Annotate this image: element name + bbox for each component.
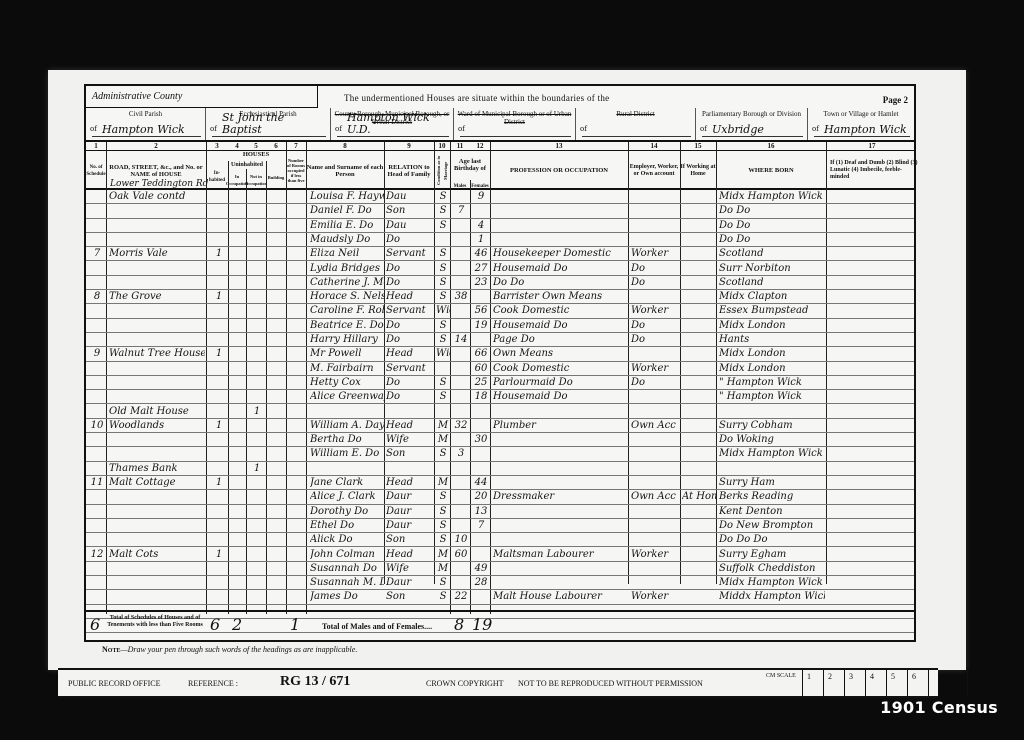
cell-name: Susannah Do [310, 562, 384, 576]
cell-m [452, 490, 470, 504]
cell-inh [212, 576, 226, 590]
cell-born: Surr Norbiton [719, 262, 825, 276]
cell-sched [88, 562, 106, 576]
cell-inh [212, 276, 226, 290]
cell-cond: S [436, 290, 450, 304]
cell-name [310, 462, 384, 476]
cell-emp: Do [631, 276, 679, 290]
ward: Ward of Municipal Borough or of Urban Di… [454, 108, 576, 140]
ecclesiastical-parish: Ecclesiastical Parish St John the Baptis… [206, 108, 331, 140]
cell-sched [88, 219, 106, 233]
cm-scale-label: CM SCALE [766, 673, 796, 680]
cell-inh [212, 447, 226, 461]
cell-rel: Servant [386, 247, 432, 261]
cell-cond: S [436, 390, 450, 404]
cell-rel: Do [386, 319, 432, 333]
place-fields: Civil Parish Hampton Wick Ecclesiastical… [86, 108, 914, 142]
cell-rel [386, 462, 432, 476]
cell-home [682, 376, 716, 390]
cell-f: 13 [472, 505, 490, 519]
cell-m: 10 [452, 533, 470, 547]
table-row: Susannah M. DoDaurS28Midx Hampton Wick [86, 576, 914, 590]
cell-sched: 10 [88, 419, 106, 433]
record-office: PUBLIC RECORD OFFICE [68, 679, 160, 688]
cell-home [682, 533, 716, 547]
cell-m [452, 576, 470, 590]
cell-born: Do Do Do [719, 533, 825, 547]
cell-cond: S [436, 276, 450, 290]
table-row: Caroline F. RobinsonServantWid56Cook Dom… [86, 304, 914, 318]
cell-name: Lydia Bridges [310, 262, 384, 276]
table-row: Catherine J. McKenzieDoS23Do DoDoScotlan… [86, 276, 914, 290]
table-row: James DoSonS22Malt House LabourerWorkerM… [86, 590, 914, 604]
cell-f [472, 447, 490, 461]
table-row: Dorothy DoDaurS13Kent Denton [86, 505, 914, 519]
cell-name: Maudsly Do [310, 233, 384, 247]
cell-m [452, 562, 470, 576]
cell-road [109, 319, 205, 333]
cell-sched [88, 433, 106, 447]
cell-inh: 1 [212, 476, 226, 490]
cell-road: Thames Bank [109, 462, 205, 476]
cell-sched: 8 [88, 290, 106, 304]
cell-road [109, 433, 205, 447]
road-heading-note: Lower Teddington Rd [110, 178, 208, 190]
cell-f [472, 590, 490, 604]
cell-rel: Do [386, 376, 432, 390]
table-row: Emilia E. DoDauS4Do Do [86, 219, 914, 233]
cell-inh [212, 562, 226, 576]
cell-road [109, 533, 205, 547]
cell-rel: Dau [386, 190, 432, 204]
table-row: Alice J. ClarkDaurS20DressmakerOwn AccAt… [86, 490, 914, 504]
cell-road: The Grove [109, 290, 205, 304]
cell-m: 3 [452, 447, 470, 461]
cell-name: Bertha Do [310, 433, 384, 447]
total-schedules: 6 [90, 615, 100, 634]
cell-occ [493, 476, 627, 490]
table-row: 7Morris Vale1Eliza NeilServantS46Houseke… [86, 247, 914, 261]
cell-name: William A. Day [310, 419, 384, 433]
cell-road [109, 204, 205, 218]
cell-m [452, 433, 470, 447]
cell-emp [631, 290, 679, 304]
cell-occ: Barrister Own Means [493, 290, 627, 304]
cell-uninh [250, 290, 264, 304]
cell-cond: S [436, 519, 450, 533]
cell-uninh [250, 447, 264, 461]
cell-cond: M [436, 476, 450, 490]
cell-f: 19 [472, 319, 490, 333]
cell-occ: Cook Domestic [493, 362, 627, 376]
cell-cond: S [436, 219, 450, 233]
cell-name: Alice Greenway [310, 390, 384, 404]
cell-occ [493, 405, 627, 419]
cell-f: 20 [472, 490, 490, 504]
cell-home [682, 476, 716, 490]
cell-occ: Do Do [493, 276, 627, 290]
cell-sched [88, 576, 106, 590]
town-village-hamlet: Town or Village or Hamlet Hampton Wick [808, 108, 914, 140]
cell-born: Do New Brompton [719, 519, 825, 533]
cell-rel: Servant [386, 362, 432, 376]
cell-road [109, 562, 205, 576]
cell-rel: Servant [386, 304, 432, 318]
cell-emp [631, 405, 679, 419]
cell-home [682, 562, 716, 576]
cell-occ: Plumber [493, 419, 627, 433]
cell-born: Midx London [719, 319, 825, 333]
cell-f: 66 [472, 347, 490, 361]
cell-born [719, 405, 825, 419]
cell-road [109, 519, 205, 533]
cell-cond [436, 233, 450, 247]
cell-home [682, 590, 716, 604]
cell-uninh [250, 347, 264, 361]
cell-occ: Page Do [493, 333, 627, 347]
cell-born: Do Do [719, 219, 825, 233]
cell-f: 44 [472, 476, 490, 490]
cell-born: Scotland [719, 247, 825, 261]
cell-rel: Do [386, 333, 432, 347]
cell-name: Susannah M. Do [310, 576, 384, 590]
cell-born: Midx Hampton Wick [719, 447, 825, 461]
cell-road [109, 490, 205, 504]
cell-inh [212, 190, 226, 204]
cell-occ: Housemaid Do [493, 262, 627, 276]
cell-born: Surry Cobham [719, 419, 825, 433]
cell-road [109, 333, 205, 347]
cell-road: Walnut Tree House [109, 347, 205, 361]
cell-m: 60 [452, 548, 470, 562]
cell-uninh [250, 419, 264, 433]
cell-home [682, 262, 716, 276]
cell-f: 4 [472, 219, 490, 233]
page-number: Page 2 [883, 95, 908, 105]
image-caption: 1901 Census [880, 698, 998, 717]
cell-name: Emilia E. Do [310, 219, 384, 233]
rural-district: Rural District [576, 108, 696, 140]
cell-born: Scotland [719, 276, 825, 290]
cell-name: Louisa F. Haywood [310, 190, 384, 204]
cell-born: Suffolk Cheddiston [719, 562, 825, 576]
cell-uninh [250, 190, 264, 204]
cell-rel: Dau [386, 219, 432, 233]
cell-emp: Worker [631, 304, 679, 318]
cell-inh [212, 405, 226, 419]
cell-uninh [250, 333, 264, 347]
cell-emp: Do [631, 262, 679, 276]
cell-rel: Head [386, 476, 432, 490]
cell-m [452, 247, 470, 261]
cell-home [682, 505, 716, 519]
cell-home [682, 247, 716, 261]
cell-road: Malt Cottage [109, 476, 205, 490]
cell-m: 38 [452, 290, 470, 304]
cell-sched [88, 276, 106, 290]
cell-road [109, 390, 205, 404]
cell-m [452, 347, 470, 361]
cell-sched [88, 333, 106, 347]
table-row: Beatrice E. DoDoS19Housemaid DoDoMidx Lo… [86, 319, 914, 333]
urban-district: County Borough, Municipal Borough, or Ur… [331, 108, 454, 140]
cell-home [682, 362, 716, 376]
cell-occ: Housemaid Do [493, 319, 627, 333]
cell-sched: 7 [88, 247, 106, 261]
table-row: 9Walnut Tree House1Mr PowellHeadWid66Own… [86, 347, 914, 361]
cell-sched [88, 376, 106, 390]
table-row: Daniel F. DoSonS7Do Do [86, 204, 914, 218]
table-row: Susannah DoWifeM49Suffolk Cheddiston [86, 562, 914, 576]
cell-occ [493, 219, 627, 233]
cell-inh [212, 204, 226, 218]
cell-f: 49 [472, 562, 490, 576]
cell-rel: Daur [386, 519, 432, 533]
cell-road: Woodlands [109, 419, 205, 433]
cell-occ [493, 519, 627, 533]
table-row: Alick DoSonS10Do Do Do [86, 533, 914, 547]
form-header: Administrative County The undermentioned… [86, 86, 914, 108]
cell-born [719, 462, 825, 476]
cell-born: Surry Ham [719, 476, 825, 490]
total-males-females-label: Total of Males and of Females.... [322, 622, 432, 631]
cell-name: Mr Powell [310, 347, 384, 361]
cell-home [682, 519, 716, 533]
cell-cond [436, 462, 450, 476]
cell-emp [631, 533, 679, 547]
cell-born: Midx Hampton Wick [719, 190, 825, 204]
reference-code: RG 13 / 671 [280, 674, 350, 690]
cell-uninh [250, 519, 264, 533]
cell-occ [493, 505, 627, 519]
cell-inh [212, 333, 226, 347]
table-row: Hetty CoxDoS25Parlourmaid DoDo" Hampton … [86, 376, 914, 390]
cell-f [472, 533, 490, 547]
cell-occ [493, 462, 627, 476]
cell-name: John Colman [310, 548, 384, 562]
cell-born: Hants [719, 333, 825, 347]
cell-home [682, 290, 716, 304]
cell-f: 7 [472, 519, 490, 533]
cell-emp [631, 390, 679, 404]
census-form: Administrative County The undermentioned… [84, 84, 916, 642]
cell-sched [88, 519, 106, 533]
cell-cond: S [436, 319, 450, 333]
cell-uninh [250, 362, 264, 376]
cell-f [472, 419, 490, 433]
cell-home [682, 304, 716, 318]
cell-emp [631, 447, 679, 461]
cell-cond: S [436, 590, 450, 604]
cell-emp: Own Acc [631, 490, 679, 504]
cell-emp [631, 562, 679, 576]
cell-uninh [250, 548, 264, 562]
cell-cond: S [436, 190, 450, 204]
cell-name: Hetty Cox [310, 376, 384, 390]
total-males: 8 [454, 615, 464, 634]
total-rooms: 1 [290, 615, 300, 634]
cell-rel: Daur [386, 505, 432, 519]
table-row: M. FairbairnServant60Cook DomesticWorker… [86, 362, 914, 376]
cell-home: At Home [682, 490, 716, 504]
table-row: Lydia BridgesDoS27Housemaid DoDoSurr Nor… [86, 262, 914, 276]
table-row: Bertha DoWifeM30Do Woking [86, 433, 914, 447]
cell-sched: 9 [88, 347, 106, 361]
cell-born: Surry Egham [719, 548, 825, 562]
cell-name: Ethel Do [310, 519, 384, 533]
cell-sched: 11 [88, 476, 106, 490]
cell-uninh [250, 219, 264, 233]
cell-home [682, 190, 716, 204]
cell-sched [88, 190, 106, 204]
cell-name: M. Fairbairn [310, 362, 384, 376]
table-row: 8The Grove1Horace S. NelsonHeadS38Barris… [86, 290, 914, 304]
cell-emp [631, 190, 679, 204]
total-females: 19 [472, 615, 492, 634]
cell-f: 60 [472, 362, 490, 376]
cell-f [472, 333, 490, 347]
cell-uninh [250, 505, 264, 519]
cell-home [682, 419, 716, 433]
cell-inh [212, 390, 226, 404]
cell-f: 23 [472, 276, 490, 290]
cell-uninh [250, 562, 264, 576]
cell-m [452, 476, 470, 490]
column-headers: 1 2 3 4 5 6 7 8 9 10 11 12 13 14 15 16 1… [86, 142, 914, 190]
cell-m [452, 462, 470, 476]
cell-cond: S [436, 376, 450, 390]
cell-emp [631, 462, 679, 476]
cell-home [682, 347, 716, 361]
cell-rel: Wife [386, 433, 432, 447]
cell-sched [88, 447, 106, 461]
cell-home [682, 405, 716, 419]
cell-emp: Do [631, 319, 679, 333]
cell-rel: Do [386, 390, 432, 404]
undermentioned-note: The undermentioned Houses are situate wi… [344, 93, 609, 103]
cell-road [109, 262, 205, 276]
table-row: Oak Vale contdLouisa F. HaywoodDauS9Midx… [86, 190, 914, 204]
cell-m [452, 233, 470, 247]
cell-occ [493, 233, 627, 247]
cell-born: Do Woking [719, 433, 825, 447]
cell-home [682, 548, 716, 562]
cell-rel: Do [386, 276, 432, 290]
cell-road: Malt Cots [109, 548, 205, 562]
cell-uninh: 1 [250, 405, 264, 419]
cell-emp: Worker [631, 247, 679, 261]
cell-cond: S [436, 447, 450, 461]
cell-emp: Worker [631, 590, 679, 604]
cell-name: Harry Hillary [310, 333, 384, 347]
cell-home [682, 276, 716, 290]
cell-rel: Do [386, 233, 432, 247]
cell-uninh [250, 476, 264, 490]
cell-born: Berks Reading [719, 490, 825, 504]
cell-uninh [250, 433, 264, 447]
cell-m [452, 519, 470, 533]
cell-road: Old Malt House [109, 405, 205, 419]
cell-cond: S [436, 505, 450, 519]
cell-uninh [250, 376, 264, 390]
cell-inh [212, 505, 226, 519]
cell-inh [212, 319, 226, 333]
cell-f: 9 [472, 190, 490, 204]
cell-inh [212, 376, 226, 390]
table-row: Alice GreenwayDoS18Housemaid Do" Hampton… [86, 390, 914, 404]
cell-home [682, 204, 716, 218]
cell-occ [493, 447, 627, 461]
cell-occ: Housemaid Do [493, 390, 627, 404]
cell-occ: Own Means [493, 347, 627, 361]
cell-inh [212, 219, 226, 233]
cell-sched [88, 262, 106, 276]
cell-emp [631, 576, 679, 590]
cell-home [682, 233, 716, 247]
cell-uninh [250, 576, 264, 590]
cell-born: " Hampton Wick [719, 376, 825, 390]
cell-emp [631, 204, 679, 218]
cell-uninh [250, 319, 264, 333]
cell-cond: Wid [436, 347, 450, 361]
cell-m: 7 [452, 204, 470, 218]
cell-uninh [250, 233, 264, 247]
table-row: 10Woodlands1William A. DayHeadM32Plumber… [86, 419, 914, 433]
cell-emp [631, 219, 679, 233]
cell-m [452, 190, 470, 204]
cell-cond: S [436, 576, 450, 590]
cell-name: Beatrice E. Do [310, 319, 384, 333]
cell-m [452, 362, 470, 376]
cell-sched [88, 304, 106, 318]
column-numbers: 1 2 3 4 5 6 7 8 9 10 11 12 13 14 15 16 1… [86, 142, 914, 151]
cell-emp [631, 433, 679, 447]
cell-m [452, 505, 470, 519]
cell-inh [212, 304, 226, 318]
cell-uninh [250, 262, 264, 276]
cell-road [109, 376, 205, 390]
cell-m [452, 276, 470, 290]
cell-name [310, 405, 384, 419]
cell-f [472, 204, 490, 218]
cell-emp [631, 347, 679, 361]
table-row: Harry HillaryDoS14Page DoDoHants [86, 333, 914, 347]
form-note: Note—Draw your pen through such words of… [102, 645, 357, 654]
cell-occ [493, 204, 627, 218]
cell-cond: M [436, 433, 450, 447]
cell-road [109, 219, 205, 233]
table-row: 12Malt Cots1John ColmanHeadM60Maltsman L… [86, 548, 914, 562]
cell-cond: S [436, 333, 450, 347]
cell-name: Jane Clark [310, 476, 384, 490]
table-row: Maudsly DoDo1Do Do [86, 233, 914, 247]
cell-emp: Own Acc [631, 419, 679, 433]
cell-inh [212, 490, 226, 504]
cell-home [682, 447, 716, 461]
cell-cond: M [436, 562, 450, 576]
reference-strip: PUBLIC RECORD OFFICE REFERENCE : RG 13 /… [58, 668, 938, 698]
cell-cond: M [436, 548, 450, 562]
cell-road [109, 276, 205, 290]
cell-born: Kent Denton [719, 505, 825, 519]
cell-f [472, 548, 490, 562]
cell-m [452, 376, 470, 390]
cell-inh [212, 519, 226, 533]
cell-cond [436, 362, 450, 376]
cell-uninh [250, 276, 264, 290]
cell-born: Midx Clapton [719, 290, 825, 304]
cell-inh: 1 [212, 290, 226, 304]
